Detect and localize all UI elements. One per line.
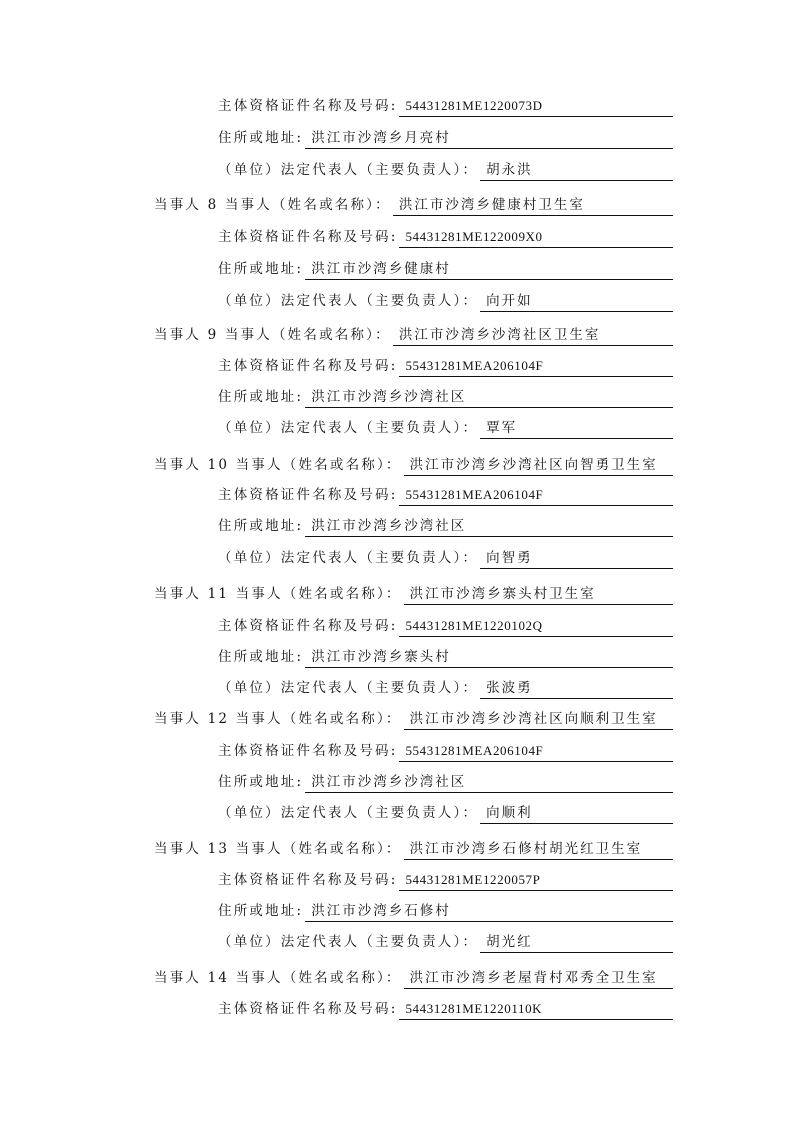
id-row: 主体资格证件名称及号码: 54431281ME1220073D xyxy=(218,95,673,117)
rep-row: （单位）法定代表人（主要负责人）： 向智勇 xyxy=(218,547,673,569)
address-label: 住所或地址: xyxy=(218,515,303,537)
party-name-label: （姓名或名称）： xyxy=(283,708,402,730)
rep-row: （单位）法定代表人（主要负责人）： 胡永洪 xyxy=(218,159,673,181)
id-value: 54431281ME122009X0 xyxy=(399,227,673,248)
party-name-label: （姓名或名称）： xyxy=(272,194,391,216)
address-label: 住所或地址: xyxy=(218,127,303,149)
rep-value: 胡永洪 xyxy=(480,160,673,181)
address-value: 洪江市沙湾乡沙湾社区 xyxy=(305,387,673,408)
party-prefix: 当事人 10 当事人 xyxy=(154,454,283,476)
id-label: 主体资格证件名称及号码: xyxy=(218,95,397,117)
id-row: 主体资格证件名称及号码: 54431281ME1220102Q xyxy=(218,615,673,637)
rep-label: （单位）法定代表人（主要负责人）： xyxy=(218,159,478,181)
party-name-row: 当事人 12 当事人 （姓名或名称）： 洪江市沙湾乡沙湾社区向顺利卫生室 xyxy=(154,708,673,730)
party-name-row: 当事人 9 当事人 （姓名或名称）： 洪江市沙湾乡沙湾社区卫生室 xyxy=(154,324,673,346)
id-value: 55431281MEA206104F xyxy=(399,485,673,506)
id-value: 54431281ME1220102Q xyxy=(399,616,673,637)
rep-value: 向智勇 xyxy=(480,548,673,569)
party-name-label: （姓名或名称）： xyxy=(283,967,402,989)
address-row: 住所或地址: 洪江市沙湾乡月亮村 xyxy=(218,127,673,149)
id-row: 主体资格证件名称及号码: 55431281MEA206104F xyxy=(218,484,673,506)
party-prefix: 当事人 9 当事人 xyxy=(154,324,272,346)
rep-label: （单位）法定代表人（主要负责人）： xyxy=(218,677,478,699)
id-label: 主体资格证件名称及号码: xyxy=(218,484,397,506)
address-label: 住所或地址: xyxy=(218,771,303,793)
address-value: 洪江市沙湾乡月亮村 xyxy=(305,128,673,149)
party-name-value: 洪江市沙湾乡沙湾社区卫生室 xyxy=(393,325,673,346)
id-label: 主体资格证件名称及号码: xyxy=(218,998,397,1020)
party-name-label: （姓名或名称）： xyxy=(283,838,402,860)
party-name-label: （姓名或名称）： xyxy=(283,583,402,605)
party-name-row: 当事人 10 当事人 （姓名或名称）： 洪江市沙湾乡沙湾社区向智勇卫生室 xyxy=(154,454,673,476)
id-value: 55431281MEA206104F xyxy=(399,356,673,377)
rep-label: （单位）法定代表人（主要负责人）： xyxy=(218,931,478,953)
party-name-row: 当事人 8 当事人 （姓名或名称）： 洪江市沙湾乡健康村卫生室 xyxy=(154,194,673,216)
address-value: 洪江市沙湾乡沙湾社区 xyxy=(305,516,673,537)
rep-label: （单位）法定代表人（主要负责人）： xyxy=(218,417,478,439)
address-row: 住所或地址: 洪江市沙湾乡沙湾社区 xyxy=(218,515,673,537)
party-prefix: 当事人 12 当事人 xyxy=(154,708,283,730)
rep-label: （单位）法定代表人（主要负责人）： xyxy=(218,802,478,824)
party-prefix: 当事人 14 当事人 xyxy=(154,967,283,989)
address-row: 住所或地址: 洪江市沙湾乡健康村 xyxy=(218,258,673,280)
address-value: 洪江市沙湾乡石修村 xyxy=(305,901,673,922)
id-label: 主体资格证件名称及号码: xyxy=(218,226,397,248)
party-prefix: 当事人 8 当事人 xyxy=(154,194,272,216)
id-row: 主体资格证件名称及号码: 54431281ME122009X0 xyxy=(218,226,673,248)
id-label: 主体资格证件名称及号码: xyxy=(218,615,397,637)
id-value: 55431281MEA206104F xyxy=(399,741,673,762)
rep-value: 覃军 xyxy=(480,418,673,439)
id-value: 54431281ME1220057P xyxy=(399,870,673,891)
rep-row: （单位）法定代表人（主要负责人）： 张波勇 xyxy=(218,677,673,699)
rep-row: （单位）法定代表人（主要负责人）： 覃军 xyxy=(218,417,673,439)
rep-label: （单位）法定代表人（主要负责人）： xyxy=(218,290,478,312)
rep-label: （单位）法定代表人（主要负责人）： xyxy=(218,547,478,569)
party-name-row: 当事人 11 当事人 （姓名或名称）： 洪江市沙湾乡寨头村卫生室 xyxy=(154,583,673,605)
party-name-row: 当事人 14 当事人 （姓名或名称）： 洪江市沙湾乡老屋背村邓秀全卫生室 xyxy=(154,967,673,989)
party-prefix: 当事人 13 当事人 xyxy=(154,838,283,860)
address-row: 住所或地址: 洪江市沙湾乡沙湾社区 xyxy=(218,386,673,408)
party-name-label: （姓名或名称）： xyxy=(283,454,402,476)
address-label: 住所或地址: xyxy=(218,386,303,408)
party-name-value: 洪江市沙湾乡石修村胡光红卫生室 xyxy=(404,839,673,860)
rep-value: 向顺利 xyxy=(480,803,673,824)
party-name-row: 当事人 13 当事人 （姓名或名称）： 洪江市沙湾乡石修村胡光红卫生室 xyxy=(154,838,673,860)
party-name-label: （姓名或名称）： xyxy=(272,324,391,346)
id-row: 主体资格证件名称及号码: 54431281ME1220110K xyxy=(218,998,673,1020)
address-value: 洪江市沙湾乡健康村 xyxy=(305,259,673,280)
party-name-value: 洪江市沙湾乡老屋背村邓秀全卫生室 xyxy=(404,968,673,989)
party-prefix: 当事人 11 当事人 xyxy=(154,583,283,605)
address-label: 住所或地址: xyxy=(218,258,303,280)
rep-row: （单位）法定代表人（主要负责人）： 向顺利 xyxy=(218,802,673,824)
id-row: 主体资格证件名称及号码: 55431281MEA206104F xyxy=(218,355,673,377)
rep-value: 张波勇 xyxy=(480,678,673,699)
id-row: 主体资格证件名称及号码: 54431281ME1220057P xyxy=(218,869,673,891)
address-row: 住所或地址: 洪江市沙湾乡石修村 xyxy=(218,900,673,922)
rep-value: 向开如 xyxy=(480,291,673,312)
id-value: 54431281ME1220110K xyxy=(399,999,673,1020)
party-name-value: 洪江市沙湾乡健康村卫生室 xyxy=(393,195,673,216)
address-value: 洪江市沙湾乡沙湾社区 xyxy=(305,772,673,793)
party-name-value: 洪江市沙湾乡沙湾社区向顺利卫生室 xyxy=(404,709,673,730)
id-label: 主体资格证件名称及号码: xyxy=(218,355,397,377)
party-name-value: 洪江市沙湾乡寨头村卫生室 xyxy=(404,584,673,605)
address-label: 住所或地址: xyxy=(218,646,303,668)
address-row: 住所或地址: 洪江市沙湾乡寨头村 xyxy=(218,646,673,668)
id-value: 54431281ME1220073D xyxy=(399,96,673,117)
address-row: 住所或地址: 洪江市沙湾乡沙湾社区 xyxy=(218,771,673,793)
id-row: 主体资格证件名称及号码: 55431281MEA206104F xyxy=(218,740,673,762)
party-name-value: 洪江市沙湾乡沙湾社区向智勇卫生室 xyxy=(404,455,673,476)
address-label: 住所或地址: xyxy=(218,900,303,922)
rep-row: （单位）法定代表人（主要负责人）： 向开如 xyxy=(218,290,673,312)
id-label: 主体资格证件名称及号码: xyxy=(218,869,397,891)
address-value: 洪江市沙湾乡寨头村 xyxy=(305,647,673,668)
rep-row: （单位）法定代表人（主要负责人）： 胡光红 xyxy=(218,931,673,953)
id-label: 主体资格证件名称及号码: xyxy=(218,740,397,762)
rep-value: 胡光红 xyxy=(480,932,673,953)
